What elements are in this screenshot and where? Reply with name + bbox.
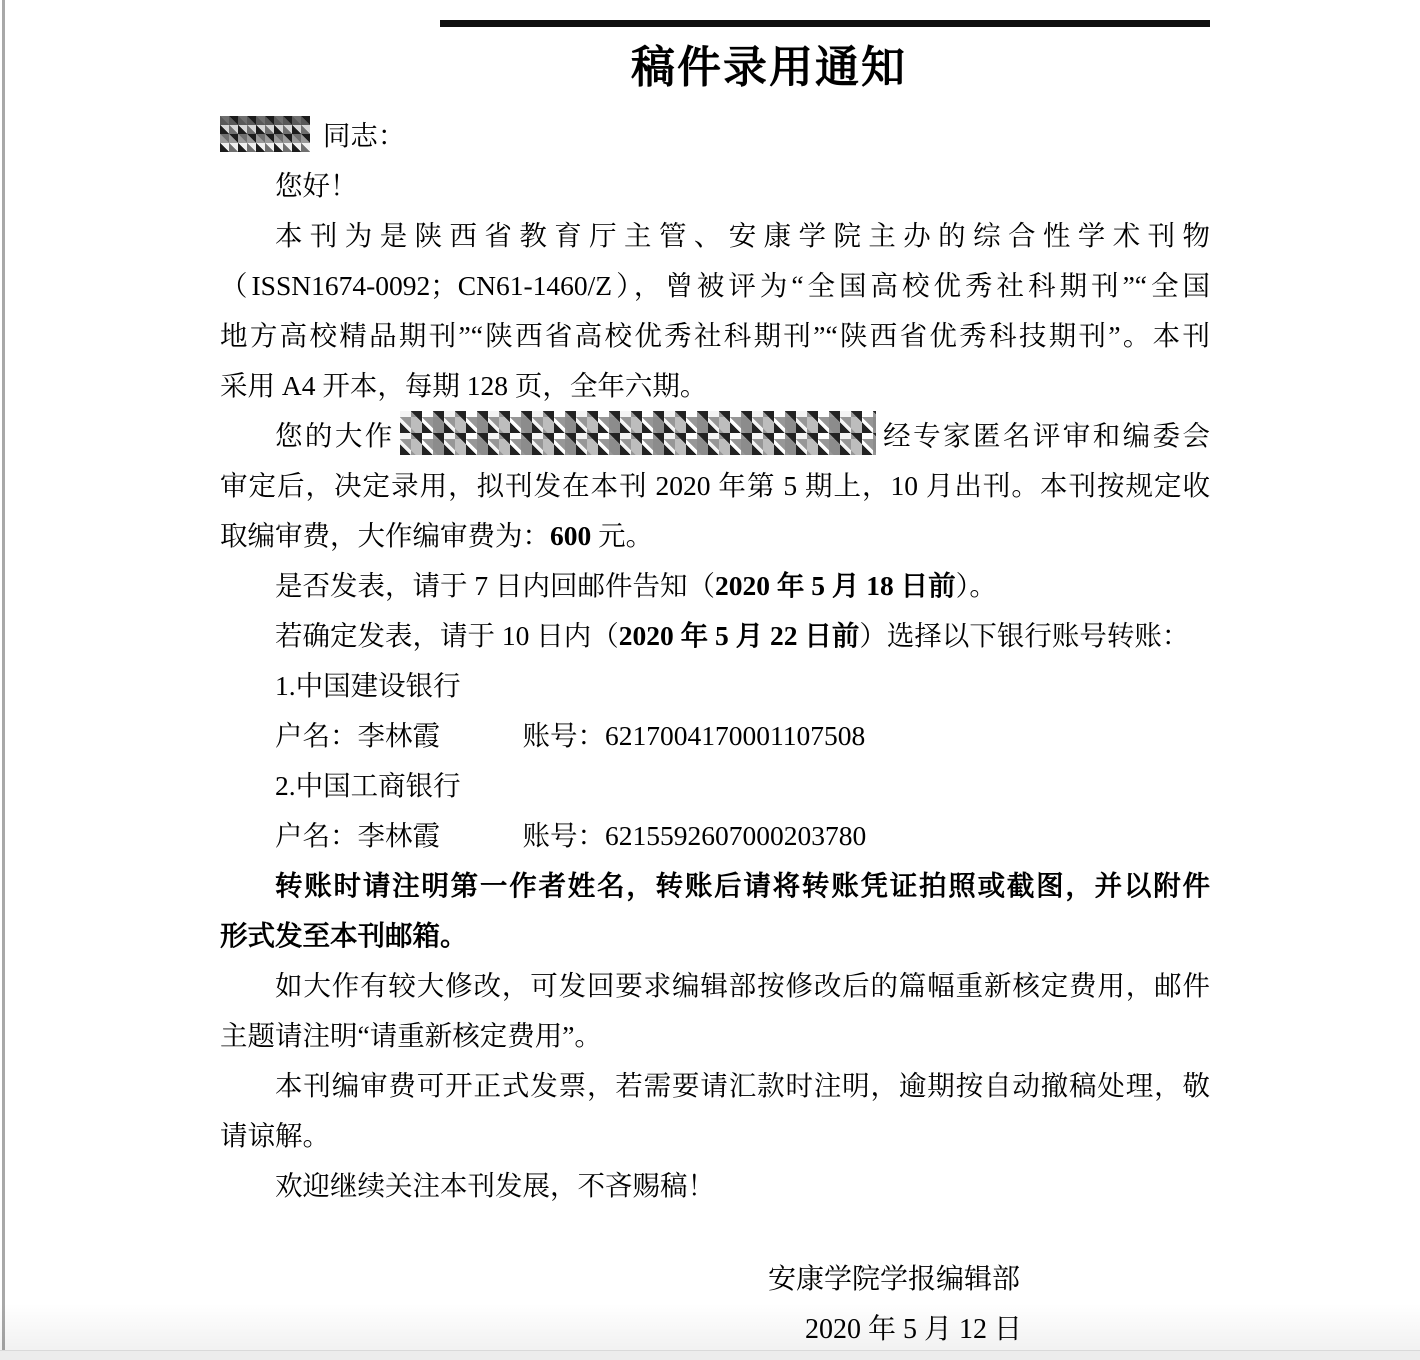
text-line: 本刊编审费可开正式发票，若需要请汇款时注明，逾期按自动撤稿处理，敬: [220, 1061, 1210, 1111]
title-rule-bar: [440, 20, 1210, 27]
article-title-redaction: [400, 411, 876, 455]
text-run: 同志：: [316, 120, 405, 151]
text-line: 若确定发表，请于 10 日内（2020 年 5 月 22 日前）选择以下银行账号…: [220, 611, 1210, 661]
text-line: 欢迎继续关注本刊发展，不吝赐稿！: [220, 1161, 1210, 1211]
text-line: 采用 A4 开本，每期 128 页，全年六期。: [220, 361, 1210, 411]
page-bottom-shadow: [0, 1303, 1420, 1351]
text-line: 您的大作经专家匿名评审和编委会: [220, 411, 1210, 461]
text-line: 地方高校精品期刊”“陕西省高校优秀社科期刊”“陕西省优秀科技期刊”。本刊: [220, 311, 1210, 361]
text-line: 是否发表，请于 7 日内回邮件告知（2020 年 5 月 18 日前）。: [220, 561, 1210, 611]
text-run: 欢迎继续关注本刊发展，不吝赐稿！: [275, 1170, 715, 1201]
text-run: 您的大作: [275, 420, 395, 451]
text-run: 本刊编审费可开正式发票，若需要请汇款时注明，逾期按自动撤稿处理，敬: [275, 1070, 1210, 1101]
text-run: 经专家匿名评审和编委会: [881, 420, 1210, 451]
text-run: 主题请注明“请重新核定费用”。: [220, 1020, 602, 1051]
text-run: （ISSN1674-0092；CN61-1460/Z），曾被评为“全国高校优秀社…: [220, 270, 1210, 301]
text-line: 取编审费，大作编审费为：600 元。: [220, 511, 1210, 561]
text-line: 户名：李林霞 账号：6215592607000203780: [220, 811, 1210, 861]
text-line: 同志：: [220, 111, 1210, 161]
text-run: 若确定发表，请于 10 日内（: [275, 620, 619, 651]
text-run: 如大作有较大修改，可发回要求编辑部按修改后的篇幅重新核定费用，邮件: [275, 970, 1210, 1001]
text-line: （ISSN1674-0092；CN61-1460/Z），曾被评为“全国高校优秀社…: [220, 261, 1210, 311]
document-title: 稿件录用通知: [274, 39, 1264, 97]
text-run: 户名：李林霞 账号：6217004170001107508: [275, 720, 865, 751]
text-line: 审定后，决定录用，拟刊发在本刊 2020 年第 5 期上，10 月出刊。本刊按规…: [220, 461, 1210, 511]
text-line: 请谅解。: [220, 1111, 1210, 1161]
text-run: ）选择以下银行账号转账：: [859, 620, 1189, 651]
text-run: 请谅解。: [220, 1120, 330, 1151]
text-run: 元。: [591, 520, 653, 551]
document-body: 同志：您好！本刊为是陕西省教育厅主管、安康学院主办的综合性学术刊物（ISSN16…: [220, 111, 1210, 1211]
text-run: 形式发至本刊邮箱。: [220, 920, 468, 951]
text-line: 形式发至本刊邮箱。: [220, 911, 1210, 961]
text-run: 1.中国建设银行: [275, 670, 461, 701]
text-run: 取编审费，大作编审费为：: [220, 520, 550, 551]
text-run: 2020 年 5 月 22 日前: [619, 620, 860, 651]
text-line: 户名：李林霞 账号：6217004170001107508: [220, 711, 1210, 761]
text-run: 本刊为是陕西省教育厅主管、安康学院主办的综合性学术刊物: [275, 220, 1210, 251]
text-run: 600: [550, 520, 591, 551]
text-run: 转账时请注明第一作者姓名，转账后请将转账凭证拍照或截图，并以附件: [275, 870, 1210, 901]
text-run: 2020 年 5 月 18 日前: [715, 570, 956, 601]
text-line: 1.中国建设银行: [220, 661, 1210, 711]
text-run: 您好！: [275, 170, 358, 201]
text-line: 本刊为是陕西省教育厅主管、安康学院主办的综合性学术刊物: [220, 211, 1210, 261]
text-line: 转账时请注明第一作者姓名，转账后请将转账凭证拍照或截图，并以附件: [220, 861, 1210, 911]
text-line: 主题请注明“请重新核定费用”。: [220, 1011, 1210, 1061]
author-name-redaction: [220, 116, 310, 152]
text-run: 采用 A4 开本，每期 128 页，全年六期。: [220, 370, 707, 401]
text-run: 是否发表，请于 7 日内回邮件告知（: [275, 570, 715, 601]
text-line: 2.中国工商银行: [220, 761, 1210, 811]
text-run: 2.中国工商银行: [275, 770, 461, 801]
text-run: 地方高校精品期刊”“陕西省高校优秀社科期刊”“陕西省优秀科技期刊”。本刊: [220, 320, 1210, 351]
page-bottom-edge: [0, 1350, 1420, 1360]
document-page: 稿件录用通知 同志：您好！本刊为是陕西省教育厅主管、安康学院主办的综合性学术刊物…: [0, 0, 1420, 1360]
text-run: 户名：李林霞 账号：6215592607000203780: [275, 820, 866, 851]
text-line: 您好！: [220, 161, 1210, 211]
signature-org: 安康学院学报编辑部: [220, 1255, 1210, 1305]
text-line: 如大作有较大修改，可发回要求编辑部按修改后的篇幅重新核定费用，邮件: [220, 961, 1210, 1011]
text-run: ）。: [956, 570, 997, 601]
text-run: 审定后，决定录用，拟刊发在本刊 2020 年第 5 期上，10 月出刊。本刊按规…: [220, 470, 1210, 501]
page-edge-line: [2, 0, 5, 1351]
